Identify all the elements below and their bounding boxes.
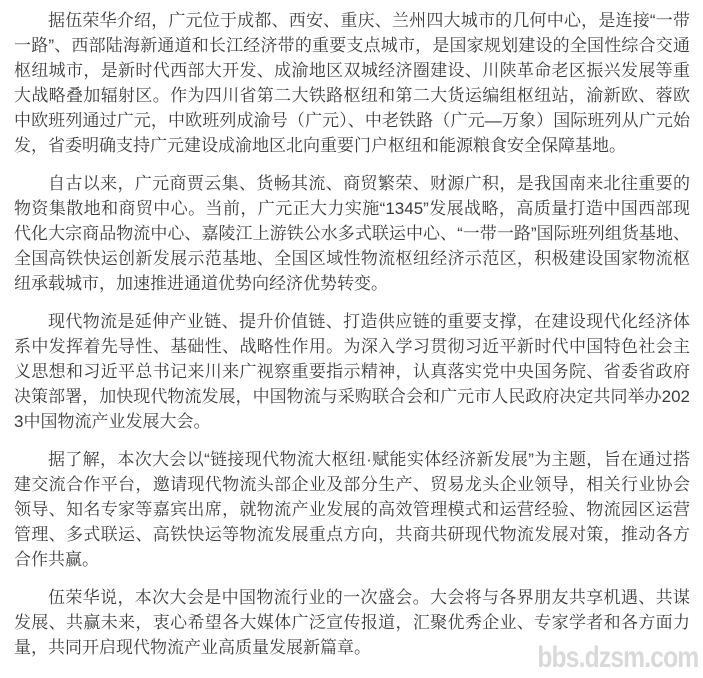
paragraph-3: 现代物流是延伸产业链、提升价值链、打造供应链的重要支撑，在建设现代化经济体系中发… (14, 309, 690, 434)
article-body: 据伍荣华介绍，广元位于成都、西安、重庆、兰州四大城市的几何中心，是连接“一带一路… (0, 0, 703, 660)
paragraph-1: 据伍荣华介绍，广元位于成都、西安、重庆、兰州四大城市的几何中心，是连接“一带一路… (14, 8, 690, 158)
site-watermark: bbs.dzsm.com (537, 641, 698, 675)
paragraph-2: 自古以来，广元商贾云集、货畅其流、商贸繁荣、财源广积，是我国南来北往重要的物资集… (14, 171, 690, 296)
paragraph-4: 据了解，本次大会以“链接现代物流大枢纽·赋能实体经济新发展”为主题，旨在通过搭建… (14, 447, 690, 572)
article-page: 据伍荣华介绍，广元位于成都、西安、重庆、兰州四大城市的几何中心，是连接“一带一路… (0, 0, 703, 678)
